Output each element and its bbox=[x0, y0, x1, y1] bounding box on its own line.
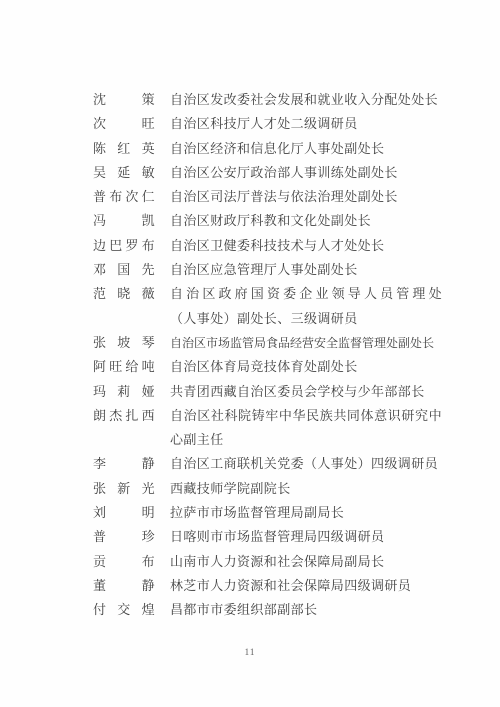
official-title-line: （人事处）副处长、三级调研员 bbox=[170, 307, 442, 331]
roster-row: 张新光 西藏技师学院副院长 bbox=[93, 477, 445, 501]
official-title: 自治区卫健委科技技术与人才处处长 bbox=[170, 234, 442, 258]
official-title-line: 自治区科技厅人才处二级调研员 bbox=[170, 112, 442, 136]
official-title: 拉萨市市场监督管理局副局长 bbox=[170, 501, 442, 525]
official-title-line: 自治区卫健委科技技术与人才处处长 bbox=[170, 234, 442, 258]
roster-row: 张坡琴 自治区市场监管局食品经营安全监督管理处副处长 bbox=[93, 331, 445, 355]
official-title: 山南市人力资源和社会保障局副局长 bbox=[170, 550, 442, 574]
official-name: 沈策 bbox=[93, 88, 155, 112]
roster-row: 普珍 日喀则市市场监督管理局四级调研员 bbox=[93, 525, 445, 549]
official-title-line: 自治区发改委社会发展和就业收入分配处处长 bbox=[170, 88, 442, 112]
roster-row: 吴延敏 自治区公安厅政治部人事训练处副处长 bbox=[93, 161, 445, 185]
official-title-line: 自治区司法厅普法与依法治理处副处长 bbox=[170, 185, 442, 209]
roster-row: 阿旺给吨 自治区体育局竞技体育处副处长 bbox=[93, 355, 445, 379]
official-name: 张新光 bbox=[93, 477, 155, 501]
official-name: 范晓薇 bbox=[93, 282, 155, 306]
official-title-line: 自治区体育局竞技体育处副处长 bbox=[170, 355, 442, 379]
official-title-line: 共青团西藏自治区委员会学校与少年部部长 bbox=[170, 380, 442, 404]
official-title-line: 山南市人力资源和社会保障局副局长 bbox=[170, 550, 442, 574]
roster-row: 范晓薇 自治区政府国资委企业领导人员管理处（人事处）副处长、三级调研员 bbox=[93, 282, 445, 331]
official-name: 朗杰扎西 bbox=[93, 404, 155, 428]
official-title-line: 拉萨市市场监督管理局副局长 bbox=[170, 501, 442, 525]
roster-row: 玛莉娅 共青团西藏自治区委员会学校与少年部部长 bbox=[93, 380, 445, 404]
official-title: 自治区工商联机关党委（人事处）四级调研员 bbox=[170, 452, 442, 476]
official-title-line: 自治区工商联机关党委（人事处）四级调研员 bbox=[170, 452, 442, 476]
official-title-line: 自治区应急管理厅人事处副处长 bbox=[170, 258, 442, 282]
official-title: 自治区市场监管局食品经营安全监督管理处副处长 bbox=[170, 331, 442, 355]
official-title: 昌都市市委组织部副部长 bbox=[170, 598, 442, 622]
official-name: 次旺 bbox=[93, 112, 155, 136]
official-title-line: 林芝市人力资源和社会保障局四级调研员 bbox=[170, 574, 442, 598]
official-name: 陈红英 bbox=[93, 137, 155, 161]
official-title: 自治区科技厅人才处二级调研员 bbox=[170, 112, 442, 136]
official-title-line: 自治区市场监管局食品经营安全监督管理处副处长 bbox=[170, 331, 442, 355]
roster-row: 陈红英 自治区经济和信息化厅人事处副处长 bbox=[93, 137, 445, 161]
official-title-line: 心副主任 bbox=[170, 428, 442, 452]
roster-row: 邓国先 自治区应急管理厅人事处副处长 bbox=[93, 258, 445, 282]
roster-row: 沈策 自治区发改委社会发展和就业收入分配处处长 bbox=[93, 88, 445, 112]
official-title: 日喀则市市场监督管理局四级调研员 bbox=[170, 525, 442, 549]
document-page: 沈策 自治区发改委社会发展和就业收入分配处处长 次旺 自治区科技厅人才处二级调研… bbox=[0, 0, 500, 707]
official-title: 自治区发改委社会发展和就业收入分配处处长 bbox=[170, 88, 442, 112]
roster-row: 次旺 自治区科技厅人才处二级调研员 bbox=[93, 112, 445, 136]
official-title: 自治区社科院铸牢中华民族共同体意识研究中心副主任 bbox=[170, 404, 442, 453]
official-title-line: 日喀则市市场监督管理局四级调研员 bbox=[170, 525, 442, 549]
official-title: 自治区应急管理厅人事处副处长 bbox=[170, 258, 442, 282]
official-name: 边巴罗布 bbox=[93, 234, 155, 258]
official-title: 自治区经济和信息化厅人事处副处长 bbox=[170, 137, 442, 161]
official-title: 西藏技师学院副院长 bbox=[170, 477, 442, 501]
roster-row: 刘明 拉萨市市场监督管理局副局长 bbox=[93, 501, 445, 525]
official-title: 自治区财政厅科教和文化处副处长 bbox=[170, 209, 442, 233]
official-title: 自治区政府国资委企业领导人员管理处（人事处）副处长、三级调研员 bbox=[170, 282, 442, 331]
roster-row: 朗杰扎西 自治区社科院铸牢中华民族共同体意识研究中心副主任 bbox=[93, 404, 445, 453]
official-name: 普珍 bbox=[93, 525, 155, 549]
roster-row: 董静 林芝市人力资源和社会保障局四级调研员 bbox=[93, 574, 445, 598]
official-name: 邓国先 bbox=[93, 258, 155, 282]
official-title-line: 西藏技师学院副院长 bbox=[170, 477, 442, 501]
official-title-line: 昌都市市委组织部副部长 bbox=[170, 598, 442, 622]
official-name: 张坡琴 bbox=[93, 331, 155, 355]
roster-row: 付交煌 昌都市市委组织部副部长 bbox=[93, 598, 445, 622]
official-title-line: 自治区财政厅科教和文化处副处长 bbox=[170, 209, 442, 233]
roster-row: 李静 自治区工商联机关党委（人事处）四级调研员 bbox=[93, 452, 445, 476]
official-title: 自治区司法厅普法与依法治理处副处长 bbox=[170, 185, 442, 209]
roster-row: 边巴罗布 自治区卫健委科技技术与人才处处长 bbox=[93, 234, 445, 258]
official-title-line: 自治区公安厅政治部人事训练处副处长 bbox=[170, 161, 442, 185]
official-name: 刘明 bbox=[93, 501, 155, 525]
roster-list: 沈策 自治区发改委社会发展和就业收入分配处处长 次旺 自治区科技厅人才处二级调研… bbox=[93, 88, 445, 623]
official-name: 普布次仁 bbox=[93, 185, 155, 209]
official-name: 董静 bbox=[93, 574, 155, 598]
page-number: 11 bbox=[0, 647, 500, 657]
official-title: 林芝市人力资源和社会保障局四级调研员 bbox=[170, 574, 442, 598]
official-title-line: 自治区社科院铸牢中华民族共同体意识研究中 bbox=[170, 404, 442, 428]
official-name: 贡布 bbox=[93, 550, 155, 574]
roster-row: 冯凯 自治区财政厅科教和文化处副处长 bbox=[93, 209, 445, 233]
official-name: 吴延敏 bbox=[93, 161, 155, 185]
official-title: 自治区体育局竞技体育处副处长 bbox=[170, 355, 442, 379]
official-title: 自治区公安厅政治部人事训练处副处长 bbox=[170, 161, 442, 185]
official-name: 阿旺给吨 bbox=[93, 355, 155, 379]
official-title-line: 自治区经济和信息化厅人事处副处长 bbox=[170, 137, 442, 161]
official-title-line: 自治区政府国资委企业领导人员管理处 bbox=[170, 282, 442, 306]
roster-row: 普布次仁 自治区司法厅普法与依法治理处副处长 bbox=[93, 185, 445, 209]
roster-row: 贡布 山南市人力资源和社会保障局副局长 bbox=[93, 550, 445, 574]
official-name: 李静 bbox=[93, 452, 155, 476]
official-name: 玛莉娅 bbox=[93, 380, 155, 404]
official-title: 共青团西藏自治区委员会学校与少年部部长 bbox=[170, 380, 442, 404]
official-name: 付交煌 bbox=[93, 598, 155, 622]
official-name: 冯凯 bbox=[93, 209, 155, 233]
